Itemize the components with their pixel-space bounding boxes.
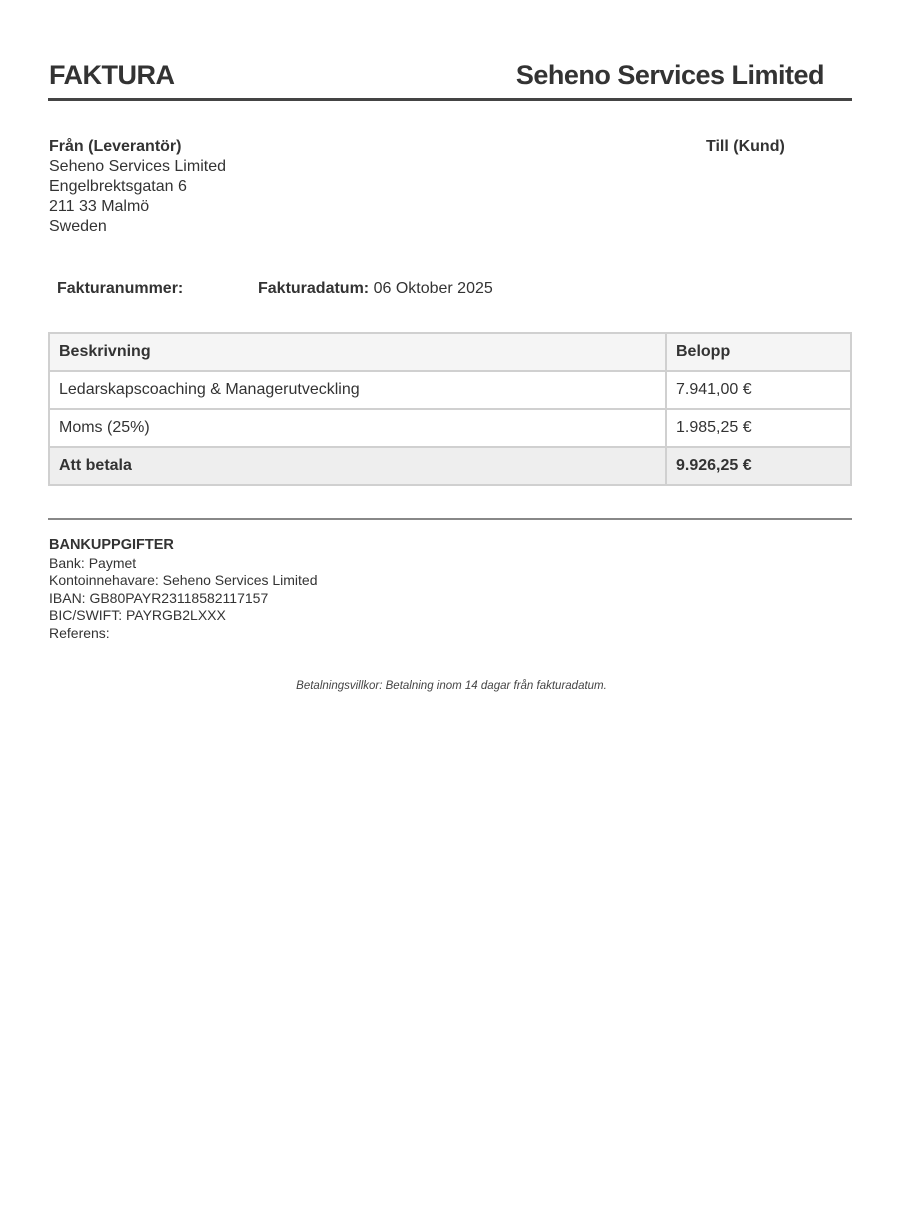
iban: IBAN: GB80PAYR23118582117157 [49, 590, 318, 608]
row-description: Ledarskapscoaching & Managerutveckling [49, 371, 666, 409]
supplier-country: Sweden [49, 217, 226, 237]
bank-details-title: BANKUPPGIFTER [49, 537, 318, 555]
reference: Referens: [49, 625, 318, 643]
total-label: Att betala [49, 447, 666, 485]
table-row: Ledarskapscoaching & Managerutveckling 7… [49, 371, 851, 409]
supplier-city: 211 33 Malmö [49, 197, 226, 217]
section-divider [48, 518, 852, 520]
invoice-date-value: 06 Oktober 2025 [374, 280, 493, 297]
column-header-description: Beskrivning [49, 333, 666, 371]
invoice-date: Fakturadatum: 06 Oktober 2025 [258, 280, 493, 298]
customer-block: Till (Kund) [706, 137, 785, 157]
invoice-number-label: Fakturanummer: [57, 280, 183, 297]
row-amount: 7.941,00 € [666, 371, 851, 409]
payment-terms: Betalningsvillkor: Betalning inom 14 dag… [0, 680, 903, 692]
table-row: Moms (25%) 1.985,25 € [49, 409, 851, 447]
row-description: Moms (25%) [49, 409, 666, 447]
bank-name: Bank: Paymet [49, 555, 318, 573]
invoice-header: FAKTURA Seheno Services Limited [48, 58, 852, 101]
supplier-label: Från (Leverantör) [49, 137, 226, 157]
invoice-date-label: Fakturadatum: [258, 280, 369, 297]
document-title: FAKTURA [49, 60, 175, 91]
table-total-row: Att betala 9.926,25 € [49, 447, 851, 485]
account-holder: Kontoinnehavare: Seheno Services Limited [49, 572, 318, 590]
supplier-street: Engelbrektsgatan 6 [49, 177, 226, 197]
customer-label: Till (Kund) [706, 137, 785, 157]
invoice-number: Fakturanummer: [57, 280, 183, 298]
column-header-amount: Belopp [666, 333, 851, 371]
row-amount: 1.985,25 € [666, 409, 851, 447]
bank-details: BANKUPPGIFTER Bank: Paymet Kontoinnehava… [49, 537, 318, 642]
company-name: Seheno Services Limited [516, 60, 824, 91]
table-header-row: Beskrivning Belopp [49, 333, 851, 371]
bic-swift: BIC/SWIFT: PAYRGB2LXXX [49, 607, 318, 625]
supplier-name: Seheno Services Limited [49, 157, 226, 177]
supplier-block: Från (Leverantör) Seheno Services Limite… [49, 137, 226, 237]
line-items-table: Beskrivning Belopp Ledarskapscoaching & … [48, 332, 852, 486]
total-amount: 9.926,25 € [666, 447, 851, 485]
